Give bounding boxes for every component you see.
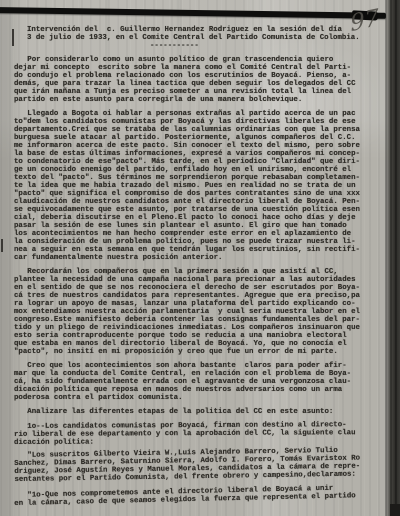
paragraph: Llegado a Bogota oi hablar a personas ex… xyxy=(14,110,385,262)
text-line: burguesa suele atacar al partido. Poster… xyxy=(14,134,385,142)
text-line: claudicación de nuestros candidatos ante… xyxy=(14,198,385,206)
text-line: car fundamentalmente nuestra posición an… xyxy=(14,254,385,262)
text-line: Llegado a Bogota oi hablar a personas ex… xyxy=(14,110,385,118)
text-line: demás, que para trazar la linea tactica … xyxy=(14,80,385,88)
text-line: Por considerarlo como un asunto político… xyxy=(14,56,385,64)
text-line: dejar mi concepto escrito sobre la maner… xyxy=(14,64,385,72)
text-line: que irán mañana a Tunja es preciso somet… xyxy=(14,88,385,96)
text-line: "pacto" que significa el compromiso de d… xyxy=(14,190,385,198)
text-line: en el sentido de que se nos reconociera … xyxy=(14,284,385,292)
text-line: ra lograr un apoyo de masas, lanzar una … xyxy=(14,300,385,308)
paragraph: 1o--Los candidatos comunistas por Boyacá… xyxy=(14,421,385,447)
text-line: esto seria contraproducente porque todo … xyxy=(14,332,385,340)
text-line: te la idea que me habia trazado del mism… xyxy=(14,182,385,190)
paragraph: "Los suscritos Gilberto Vieira W.,Luis A… xyxy=(14,446,385,484)
text-line: cá tres de nuestros candidatos para repr… xyxy=(14,292,385,300)
text-line: Creo que los acontecimientos son ahora b… xyxy=(14,362,385,370)
text-line: cial, deberia discutirse en el Pleno.El … xyxy=(14,214,385,222)
text-line: to"dem los candidatos comunistas por Boy… xyxy=(14,118,385,126)
text-line: do condujo el problema relacionado con l… xyxy=(14,72,385,80)
paragraph: Analizare las diferentes etapas de la po… xyxy=(14,408,385,416)
paragraph: "1o-Que nos comprometemos ante el direct… xyxy=(14,484,385,508)
text-line: dicación política que reposa en manos de… xyxy=(14,386,385,394)
text-line: dicación política: xyxy=(14,437,385,447)
text-line: se equivocadamente que este asunto, por … xyxy=(14,206,385,214)
text-line: Recordarán los compañeros que en la prim… xyxy=(14,268,385,276)
text-line: to condenatorio de ese"pacto". Más tarde… xyxy=(14,158,385,166)
paragraph: Por considerarlo como un asunto político… xyxy=(14,56,385,104)
bottom-corner-mark xyxy=(390,504,400,516)
title-divider: ----------- xyxy=(150,42,385,50)
text-line: la base de estas últimas informaciones, … xyxy=(14,150,385,158)
text-line: cá, ha sido fundamentalmente errada con … xyxy=(14,378,385,386)
paragraph: Creo que los acontecimientos son ahora b… xyxy=(14,362,385,402)
paragraphs-container: Por considerarlo como un asunto político… xyxy=(14,56,385,508)
text-line: Intervención del c. Guillermo Hernandez … xyxy=(27,26,385,34)
text-line: plantee la necesidad de una campaña naci… xyxy=(14,276,385,284)
text-line: mox entendiamos nuestra acción parlament… xyxy=(14,308,385,316)
typewritten-content: Intervención del c. Guillermo Hernandez … xyxy=(0,0,400,508)
text-line: mar que la conducta del Comite Central, … xyxy=(14,370,385,378)
text-line: nea a seguir en esta semana en que tendr… xyxy=(14,246,385,254)
text-line: 3 de julio de 1933, en el Comite Central… xyxy=(27,34,385,42)
text-line: ge un conocido enemigo del partido, enfi… xyxy=(14,166,385,174)
text-line: congreso.Este manifiesto deberia contene… xyxy=(14,316,385,324)
text-line: partido en este asunto para corregirla d… xyxy=(14,96,385,104)
text-line: texto del "pacto". Sus términos me sorpr… xyxy=(14,174,385,182)
text-line: me informaron acerca de este pacto. Sin … xyxy=(14,142,385,150)
text-line: pasar la sesión de ese lunes sin plantea… xyxy=(14,222,385,230)
document-page: 97 Intervención del c. Guillermo Hernand… xyxy=(0,0,400,516)
paragraph: Recordarán los compañeros que en la prim… xyxy=(14,268,385,356)
text-line: departamento.Creí que se trataba de las … xyxy=(14,126,385,134)
text-line: Analizare las diferentes etapas de la po… xyxy=(14,408,385,416)
text-line: que estaba en manos del directorio liber… xyxy=(14,340,385,348)
text-line: los acontecimientos me han hecho compren… xyxy=(14,230,385,238)
text-line: poderosa contra el partidox comunista. xyxy=(14,394,385,402)
document-title: Intervención del c. Guillermo Hernandez … xyxy=(27,26,385,42)
text-line: "pacto", no insití en mi proposición y c… xyxy=(14,348,385,356)
text-line: tido y un pliego de reivindicaciones inm… xyxy=(14,324,385,332)
text-line: la consideración de un problema político… xyxy=(14,238,385,246)
